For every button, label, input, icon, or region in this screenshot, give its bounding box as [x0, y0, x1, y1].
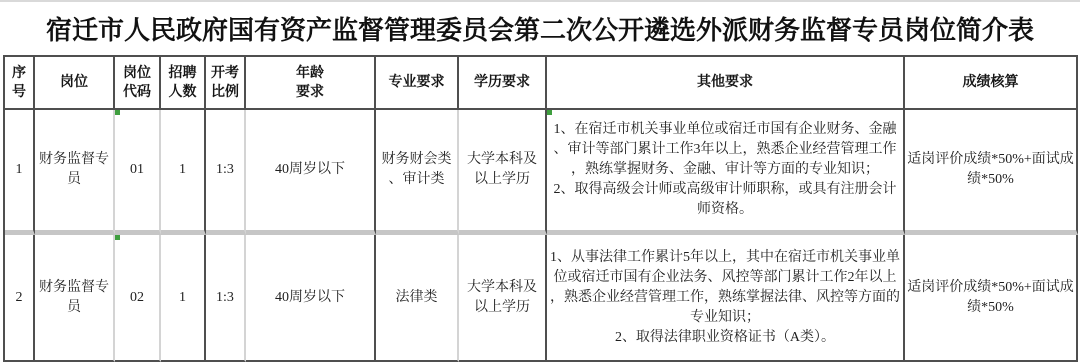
cell-ratio: 1:3: [206, 110, 246, 235]
cell-age: 40周岁以下: [246, 235, 376, 362]
header-cell-age: 年龄 要求: [246, 57, 376, 110]
header-cell-position: 岗位: [35, 57, 115, 110]
table-row: 2 财务监督专员 02 1 1:3 40周岁以下 法律类 大学本科及以上学历 1…: [5, 235, 1078, 362]
header-cell-ratio: 开考 比例: [206, 57, 246, 110]
cell-other-text: 1、在宿迁市机关事业单位或宿迁市国有企业财务、金融、审计等部门累计工作3年以上，…: [554, 122, 897, 217]
header-cell-code: 岗位 代码: [115, 57, 161, 110]
cell-position: 财务监督专员: [35, 110, 115, 235]
cell-note-mark-icon: [547, 110, 552, 115]
header-cell-other: 其他要求: [547, 57, 905, 110]
cell-code: 01: [115, 110, 161, 235]
header-cell-openings: 招聘 人数: [161, 57, 206, 110]
cell-ratio: 1:3: [206, 235, 246, 362]
cell-note-mark-icon: [115, 235, 120, 240]
cell-scoring: 适岗评价成绩*50%+面试成绩*50%: [905, 235, 1078, 362]
cell-openings: 1: [161, 235, 206, 362]
header-cell-scoring: 成绩核算: [905, 57, 1078, 110]
cell-position: 财务监督专员: [35, 235, 115, 362]
cell-age: 40周岁以下: [246, 110, 376, 235]
page-title: 宿迁市人民政府国有资产监督管理委员会第二次公开遴选外派财务监督专员岗位简介表: [0, 2, 1080, 54]
header-cell-education: 学历要求: [459, 57, 547, 110]
cell-note-mark-icon: [115, 110, 120, 115]
header-cell-seq: 序号: [5, 57, 35, 110]
cell-code: 02: [115, 235, 161, 362]
cell-other-requirements: 1、从事法律工作累计5年以上，其中在宿迁市机关事业单位或宿迁市国有企业法务、风控…: [547, 235, 905, 362]
table-row: 1 财务监督专员 01 1 1:3 40周岁以下 财务财会类、审计类 大学本科及…: [5, 110, 1078, 235]
cell-other-requirements: 1、在宿迁市机关事业单位或宿迁市国有企业财务、金融、审计等部门累计工作3年以上，…: [547, 110, 905, 235]
job-positions-table: 序号 岗位 岗位 代码 招聘 人数 开考 比例 年龄 要求 专业要求 学历要求 …: [3, 55, 1078, 362]
cell-education: 大学本科及以上学历: [459, 110, 547, 235]
cell-code-value: 02: [130, 290, 144, 305]
cell-code-value: 01: [130, 162, 144, 177]
cell-openings: 1: [161, 110, 206, 235]
cell-education: 大学本科及以上学历: [459, 235, 547, 362]
header-cell-major: 专业要求: [376, 57, 459, 110]
cell-major: 财务财会类、审计类: [376, 110, 459, 235]
cell-major: 法律类: [376, 235, 459, 362]
cell-seq: 2: [5, 235, 35, 362]
cell-scoring: 适岗评价成绩*50%+面试成绩*50%: [905, 110, 1078, 235]
cell-seq: 1: [5, 110, 35, 235]
document-page: 宿迁市人民政府国有资产监督管理委员会第二次公开遴选外派财务监督专员岗位简介表 序…: [0, 0, 1080, 362]
header-row: 序号 岗位 岗位 代码 招聘 人数 开考 比例 年龄 要求 专业要求 学历要求 …: [5, 57, 1078, 110]
